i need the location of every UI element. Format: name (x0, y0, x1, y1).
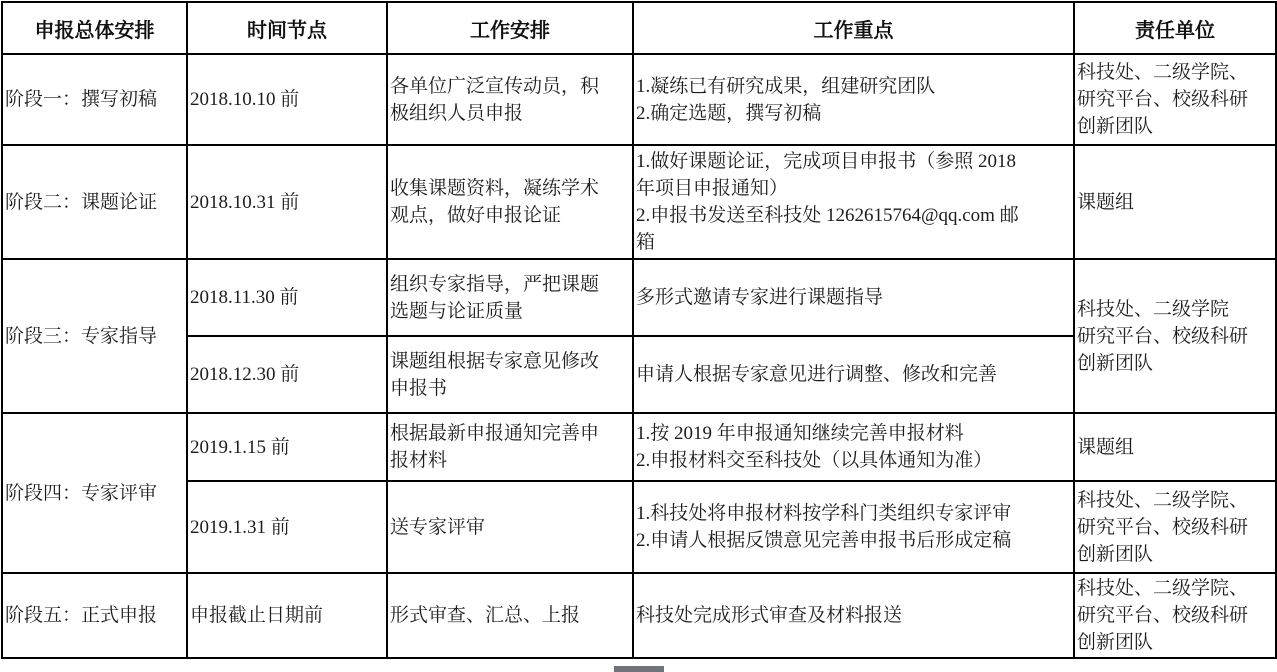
unit-cell: 科技处、二级学院 研究平台、校级科研 创新团队 (1074, 259, 1276, 413)
focus-cell: 科技处完成形式审查及材料报送 (633, 573, 1074, 658)
work-cell: 课题组根据专家意见修改 申报书 (387, 336, 633, 413)
stage-cell: 阶段二：课题论证 (2, 145, 187, 259)
work-cell: 各单位广泛宣传动员，积 极组织人员申报 (387, 54, 633, 145)
work-cell: 收集课题资料，凝练学术 观点，做好申报论证 (387, 145, 633, 259)
stage-cell: 阶段五：正式申报 (2, 573, 187, 658)
scrollbar-thumb[interactable] (614, 666, 664, 672)
stage-cell: 阶段四：专家评审 (2, 413, 187, 573)
table-row-stage4b: 2019.1.31 前 送专家评审 1.科技处将申报材料按学科门类组织专家评审 … (2, 481, 1276, 573)
unit-cell: 科技处、二级学院、 研究平台、校级科研 创新团队 (1074, 54, 1276, 145)
focus-cell: 多形式邀请专家进行课题指导 (633, 259, 1074, 336)
time-cell: 申报截止日期前 (187, 573, 387, 658)
application-schedule-table: 申报总体安排 时间节点 工作安排 工作重点 责任单位 阶段一：撰写初稿 2018… (1, 1, 1277, 659)
stage-cell: 阶段一：撰写初稿 (2, 54, 187, 145)
time-cell: 2018.11.30 前 (187, 259, 387, 336)
time-cell: 2019.1.15 前 (187, 413, 387, 481)
focus-cell: 申请人根据专家意见进行调整、修改和完善 (633, 336, 1074, 413)
stage-cell: 阶段三：专家指导 (2, 259, 187, 413)
table-row-stage2: 阶段二：课题论证 2018.10.31 前 收集课题资料，凝练学术 观点，做好申… (2, 145, 1276, 259)
header-unit: 责任单位 (1074, 2, 1276, 54)
time-cell: 2018.12.30 前 (187, 336, 387, 413)
time-cell: 2018.10.10 前 (187, 54, 387, 145)
unit-cell: 科技处、二级学院、 研究平台、校级科研 创新团队 (1074, 573, 1276, 658)
table-row-stage3a: 阶段三：专家指导 2018.11.30 前 组织专家指导，严把课题 选题与论证质… (2, 259, 1276, 336)
unit-cell: 科技处、二级学院、 研究平台、校级科研 创新团队 (1074, 481, 1276, 573)
header-stage: 申报总体安排 (2, 2, 187, 54)
header-focus: 工作重点 (633, 2, 1074, 54)
header-work: 工作安排 (387, 2, 633, 54)
time-cell: 2018.10.31 前 (187, 145, 387, 259)
table-row-stage1: 阶段一：撰写初稿 2018.10.10 前 各单位广泛宣传动员，积 极组织人员申… (2, 54, 1276, 145)
table-row-stage4a: 阶段四：专家评审 2019.1.15 前 根据最新申报通知完善申 报材料 1.按… (2, 413, 1276, 481)
unit-cell: 课题组 (1074, 145, 1276, 259)
work-cell: 根据最新申报通知完善申 报材料 (387, 413, 633, 481)
document-page: 申报总体安排 时间节点 工作安排 工作重点 责任单位 阶段一：撰写初稿 2018… (0, 0, 1277, 672)
focus-cell: 1.做好课题论证，完成项目申报书（参照 2018 年项目申报通知） 2.申报书发… (633, 145, 1074, 259)
focus-cell: 1.按 2019 年申报通知继续完善申报材料 2.申报材料交至科技处（以具体通知… (633, 413, 1074, 481)
work-cell: 组织专家指导，严把课题 选题与论证质量 (387, 259, 633, 336)
table-row-stage5: 阶段五：正式申报 申报截止日期前 形式审查、汇总、上报 科技处完成形式审查及材料… (2, 573, 1276, 658)
header-row: 申报总体安排 时间节点 工作安排 工作重点 责任单位 (2, 2, 1276, 54)
header-time: 时间节点 (187, 2, 387, 54)
unit-cell: 课题组 (1074, 413, 1276, 481)
time-cell: 2019.1.31 前 (187, 481, 387, 573)
work-cell: 送专家评审 (387, 481, 633, 573)
work-cell: 形式审查、汇总、上报 (387, 573, 633, 658)
focus-cell: 1.凝练已有研究成果，组建研究团队 2.确定选题，撰写初稿 (633, 54, 1074, 145)
focus-cell: 1.科技处将申报材料按学科门类组织专家评审 2.申请人根据反馈意见完善申报书后形… (633, 481, 1074, 573)
